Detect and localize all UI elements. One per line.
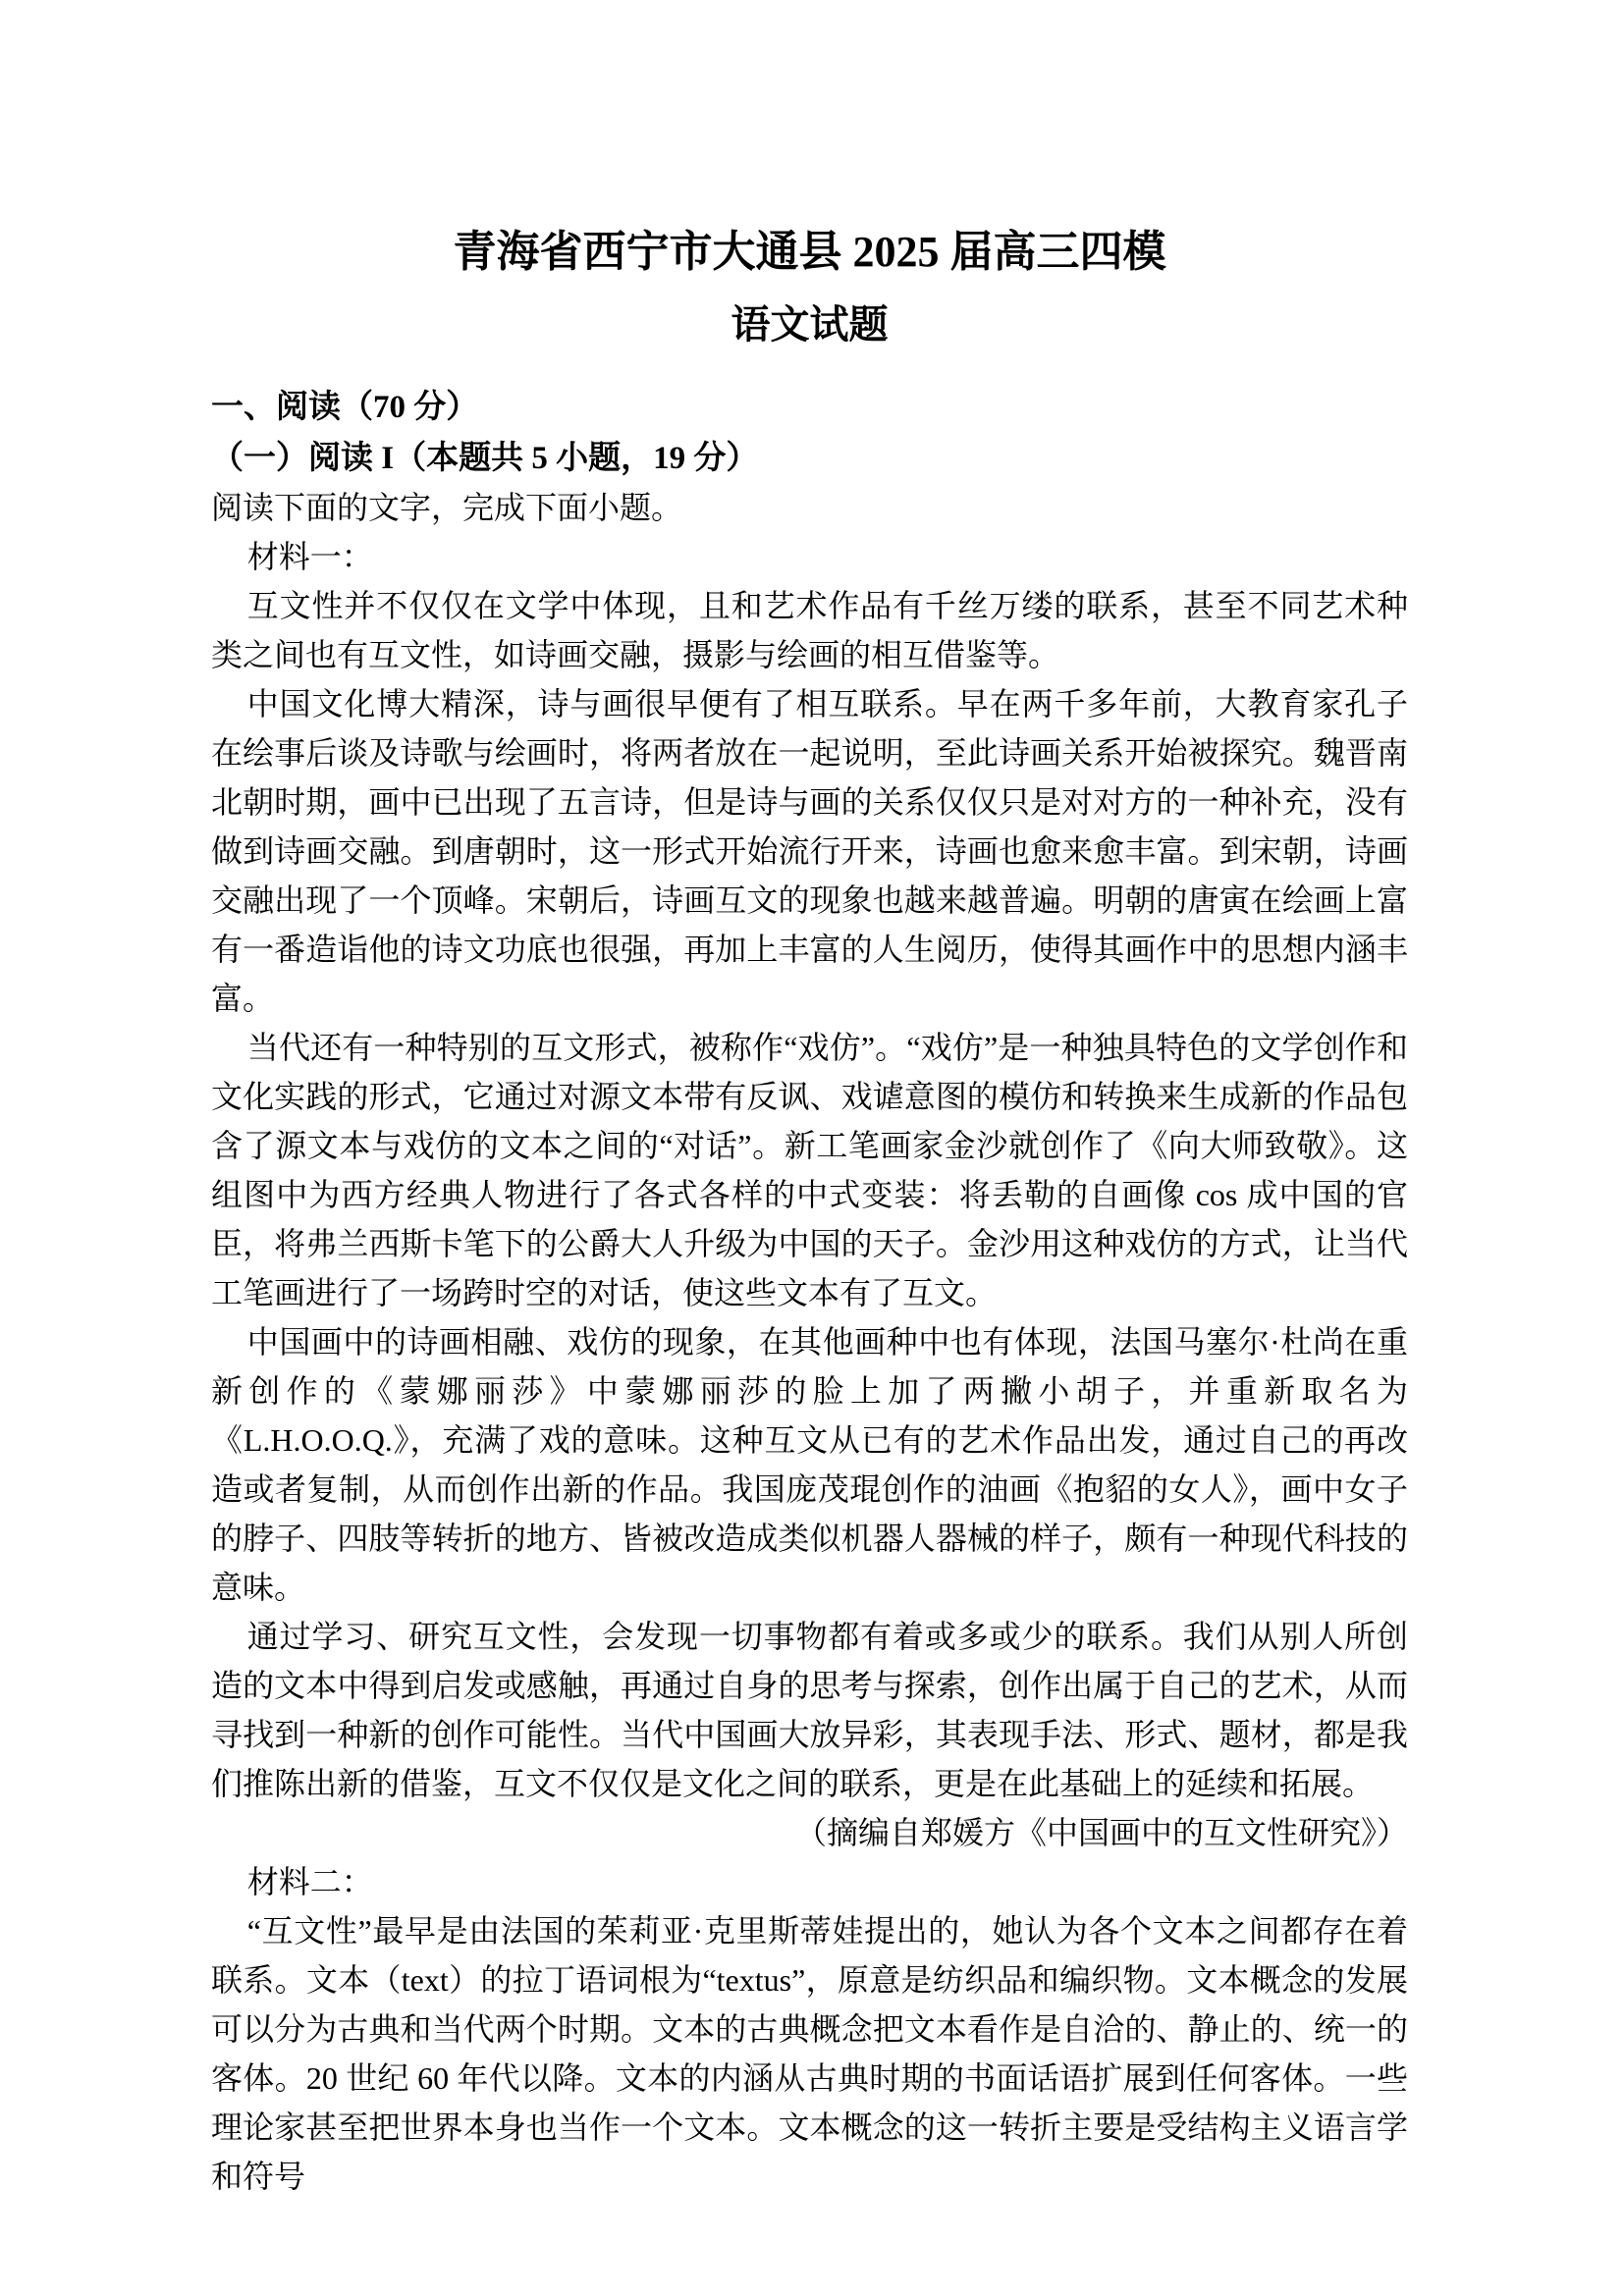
material-one-paragraph: 通过学习、研究互文性，会发现一切事物都有着或多或少的联系。我们从别人所创造的文本… [211,1612,1408,1808]
material-one-paragraph: 中国画中的诗画相融、戏仿的现象，在其他画种中也有体现，法国马塞尔·杜尚在重新创作… [211,1317,1408,1612]
material-two-label: 材料二： [211,1857,1408,1906]
material-two-paragraph: “互文性”最早是由法国的茱莉亚·克里斯蒂娃提出的，她认为各个文本之间都存在着联系… [211,1906,1408,2201]
material-one-paragraph: 当代还有一种特别的互文形式，被称作“戏仿”。“戏仿”是一种独具特色的文学创作和文… [211,1023,1408,1317]
instruction-text: 阅读下面的文字，完成下面小题。 [211,483,1408,532]
material-one-label: 材料一： [211,532,1408,581]
section-heading-reading: 一、阅读（70 分） [211,383,1408,432]
material-one-attribution: （摘编自郑媛方《中国画中的互文性研究》） [211,1808,1408,1857]
document-title: 青海省西宁市大通县 2025 届高三四模 [211,224,1408,281]
material-one-paragraph: 中国文化博大精深，诗与画很早便有了相互联系。早在两千多年前，大教育家孔子在绘事后… [211,679,1408,1023]
document-subtitle: 语文试题 [211,298,1408,351]
subsection-heading-reading-1: （一）阅读 I（本题共 5 小题，19 分） [211,434,1408,483]
exam-document-page: 青海省西宁市大通县 2025 届高三四模 语文试题 一、阅读（70 分） （一）… [0,0,1624,2296]
material-one-paragraph: 互文性并不仅仅在文学中体现，且和艺术作品有千丝万缕的联系，甚至不同艺术种类之间也… [211,581,1408,679]
